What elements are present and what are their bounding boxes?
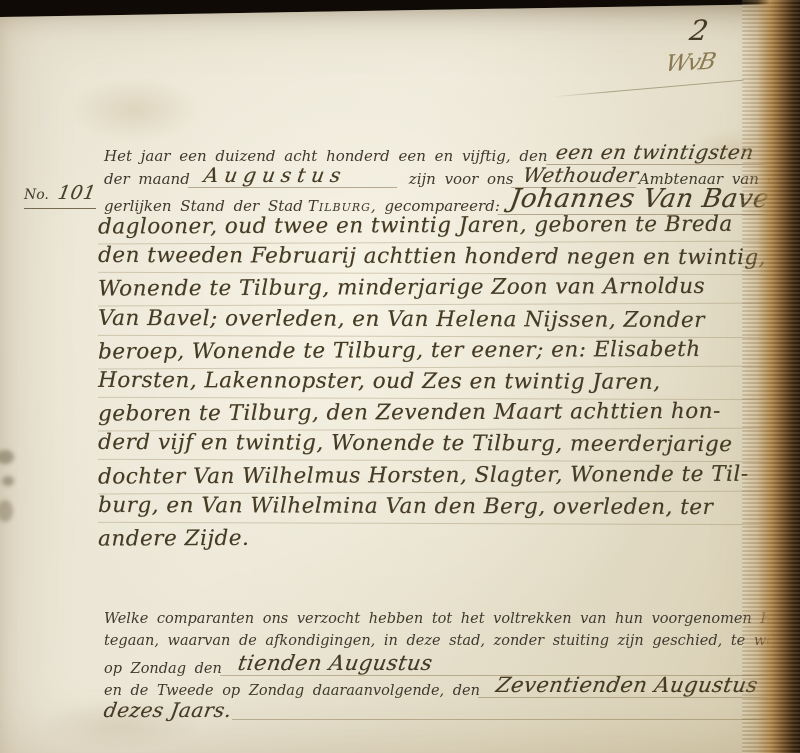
body-line: daglooner, oud twee en twintig Jaren, ge… — [98, 211, 776, 245]
body-line: Wonende te Tilburg, minderjarige Zoon va… — [98, 273, 776, 307]
intro-line-2-printed-b: zijn voor ons — [399, 170, 514, 188]
intro-paragraph: Het jaar een duizend acht honderd een en… — [104, 142, 780, 211]
footer-line-3-printed: op Zondag den — [104, 661, 222, 677]
body-line: derd vijf en twintig, Wonende te Tilburg… — [98, 429, 776, 463]
handwritten-body: daglooner, oud twee en twintig Jaren, ge… — [98, 212, 776, 554]
act-number: No. 101 — [24, 182, 96, 209]
footer-line-1: Welke comparanten ons verzocht hebben to… — [104, 611, 776, 633]
body-line: geboren te Tilburg, den Zevenden Maart a… — [98, 398, 776, 432]
paper-stain — [70, 78, 200, 142]
body-line: den tweeden Februarij achttien honderd n… — [98, 242, 776, 276]
banns-paragraph: Welke comparanten ons verzocht hebben to… — [104, 611, 776, 723]
act-number-label: No. — [24, 187, 49, 203]
intro-line-1: Het jaar een duizend acht honderd een en… — [104, 142, 780, 165]
second-bann-date-handwritten: Zeventienden Augustus — [478, 673, 778, 698]
footer-line-2-printed: tegaan, waarvan de afkondigingen, in dez… — [104, 633, 800, 649]
body-line: Van Bavel; overleden, en Van Helena Nijs… — [98, 304, 776, 338]
footer-line-5: dezes Jaars. — [104, 701, 776, 723]
act-number-value: 101 — [56, 182, 98, 204]
book-binding-edge — [742, 0, 800, 753]
body-line: beroep, Wonende te Tilburg, ter eener; e… — [98, 335, 776, 369]
footer-line-1-printed: Welke comparanten ons verzocht hebben to… — [104, 611, 800, 627]
intro-line-2-printed-a: der maand — [104, 170, 190, 188]
ink-bleed-spot — [2, 476, 14, 486]
clerk-monogram: WvB — [663, 49, 716, 77]
intro-line-2-handwritten-month: Augustus — [188, 163, 401, 188]
ruled-line — [232, 719, 776, 720]
intro-line-3: gerlijken Stand der Stad Tilburg, gecomp… — [104, 188, 780, 211]
footer-line-4-printed: en de Tweede op Zondag daaraanvolgende, … — [104, 683, 480, 699]
body-line: andere Zijde. — [98, 522, 776, 555]
dezes-jaars-handwritten: dezes Jaars. — [102, 698, 233, 722]
body-line: burg, en Van Wilhelmina Van den Berg, ov… — [98, 492, 776, 526]
document-scan: 2 WvB No. 101 Het jaar een duizend acht … — [0, 0, 800, 753]
body-line: Horsten, Lakennopster, oud Zes en twinti… — [98, 367, 776, 401]
body-line: dochter Van Wilhelmus Horsten, Slagter, … — [98, 460, 776, 494]
footer-line-4: en de Tweede op Zondag daaraanvolgende, … — [104, 676, 776, 698]
